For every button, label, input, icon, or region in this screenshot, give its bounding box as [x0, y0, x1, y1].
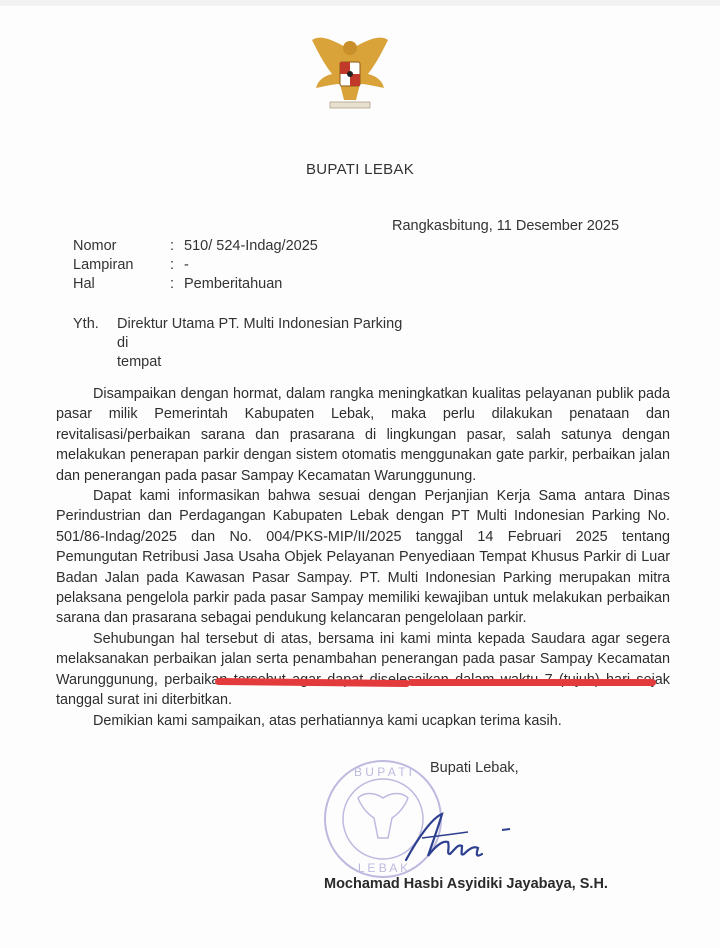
letterhead-title: BUPATI LEBAK — [0, 161, 720, 178]
letter-meta: Nomor : 510/ 524-Indag/2025 Lampiran : -… — [73, 237, 318, 294]
paragraph-2: Dapat kami informasikan bahwa sesuai den… — [56, 486, 670, 629]
place-date: Rangkasbitung, 11 Desember 2025 — [392, 218, 619, 234]
meta-row-nomor: Nomor : 510/ 524-Indag/2025 — [73, 237, 318, 256]
paragraph-4: Demikian kami sampaikan, atas perhatiann… — [56, 711, 670, 731]
recipient-name: Direktur Utama PT. Multi Indonesian Park… — [117, 315, 402, 334]
signer-name: Mochamad Hasbi Asyidiki Jayabaya, S.H. — [324, 876, 608, 892]
red-underline-annotation — [408, 679, 656, 686]
top-edge — [0, 0, 720, 6]
paragraph-1: Disampaikan dengan hormat, dalam rangka … — [56, 384, 670, 486]
closing-title: Bupati Lebak, — [430, 760, 519, 776]
paragraph-3: Sehubungan hal tersebut di atas, bersama… — [56, 629, 670, 711]
salutation: Yth. — [73, 315, 117, 334]
recipient-block: Yth. Direktur Utama PT. Multi Indonesian… — [73, 315, 402, 372]
meta-row-lampiran: Lampiran : - — [73, 256, 318, 275]
meta-row-hal: Hal : Pemberitahuan — [73, 275, 318, 294]
signature-icon — [398, 808, 528, 868]
garuda-emblem-icon — [304, 30, 396, 122]
svg-text:B U P A T I: B U P A T I — [354, 765, 412, 779]
